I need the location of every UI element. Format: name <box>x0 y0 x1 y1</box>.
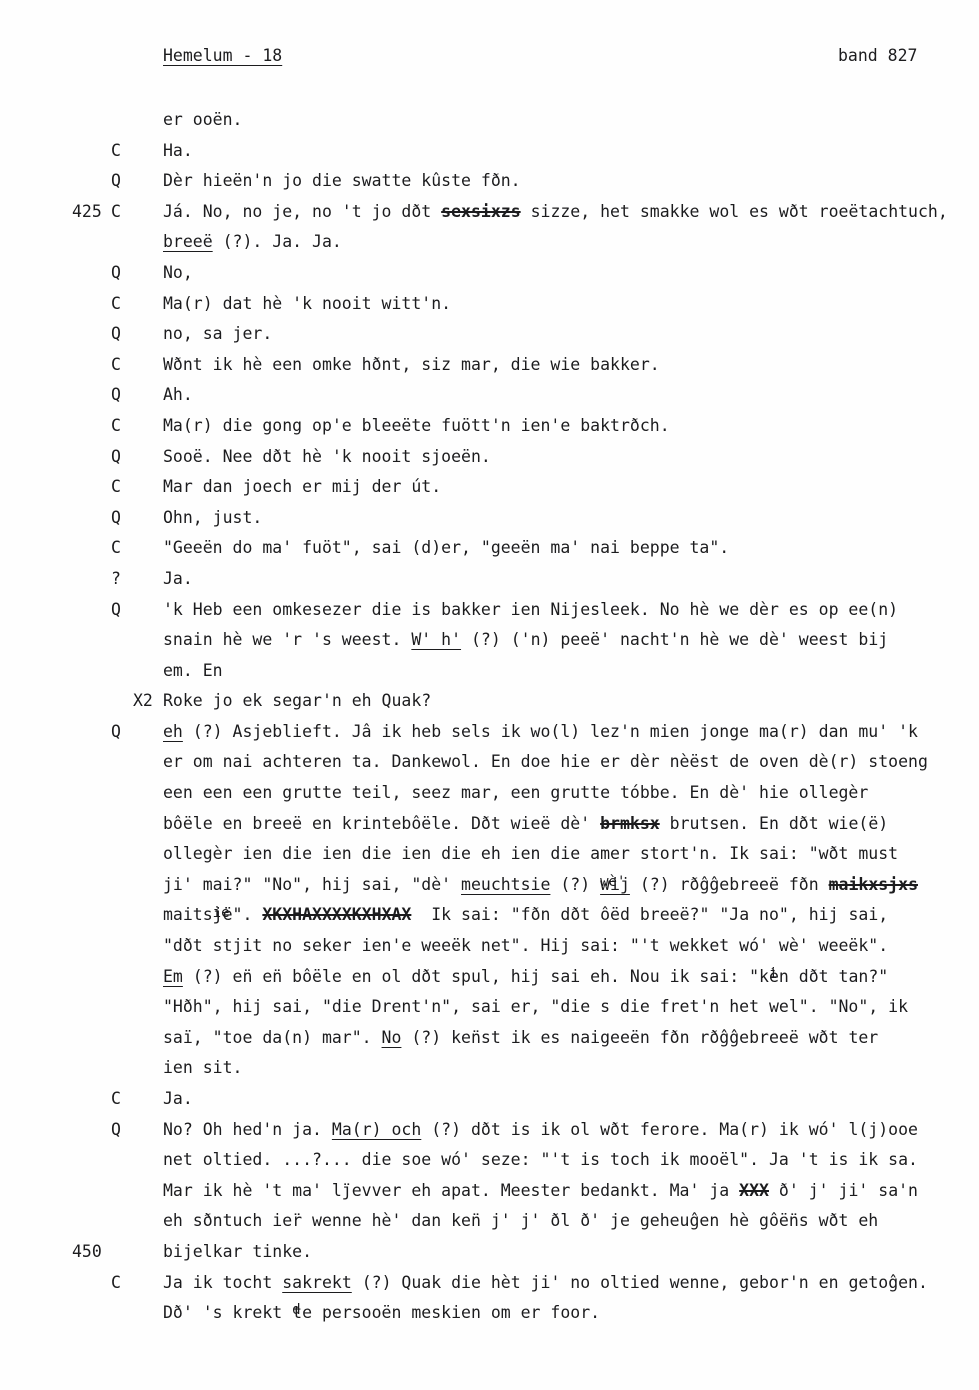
transcript-line: er ooën. <box>0 105 979 136</box>
transcript-line: breeë (?). Ja. Ja. <box>0 227 979 258</box>
utterance-text: Em (?) en̈ en̈ bôële en ol dðt spul, hij… <box>163 962 888 993</box>
utterance-text: er om nai achteren ta. Dankewol. En doe … <box>163 747 928 778</box>
text-run: brutsen. En dðt wie(ë) <box>660 814 888 833</box>
utterance-text: Ah. <box>163 380 193 411</box>
utterance-text: breeë (?). Ja. Ja. <box>163 227 342 258</box>
text-run: Ma(r) dat hè 'k nooit witt'n. <box>163 294 451 313</box>
text-run: Ja ik tocht <box>163 1273 282 1292</box>
transcript-line: "dðt stjit no seker ien'e weeëk net". Hi… <box>0 931 979 962</box>
utterance-text: Roke jo ek segar'n eh Quak? <box>163 686 431 717</box>
speaker-label: C <box>111 1084 121 1115</box>
text-run: Ohn, just. <box>163 508 262 527</box>
utterance-text: Mar dan joech er mij der út. <box>163 472 441 503</box>
corrected-word: iejë <box>213 900 233 931</box>
transcript-line: Q'k Heb een omkesezer die is bakker ien … <box>0 595 979 626</box>
text-run: persooën meskien om er foor. <box>312 1303 600 1322</box>
transcript-line: CHa. <box>0 136 979 167</box>
text-run: (?) rðĝĝebreeë fðn <box>630 875 829 894</box>
underlined-word: Em <box>163 967 183 986</box>
text-run: (?) Quak die hèt ji' no oltied wenne, ge… <box>352 1273 928 1292</box>
utterance-text: Mar ik hè 't ma' lj̈evver eh apat. Meest… <box>163 1176 918 1207</box>
transcript-line: maitsiejë". XKXHAXXXXKXHXAX Ik sai: "fðn… <box>0 900 979 931</box>
transcript-line: 425CJá. No, no je, no 't jo dðt sexsixzs… <box>0 197 979 228</box>
text-run: Wðnt ik hè een omke hðnt, siz mar, die w… <box>163 355 660 374</box>
transcript-line: ?Ja. <box>0 564 979 595</box>
speaker-label: Q <box>111 503 121 534</box>
transcript-line: C"Geeën do ma' fuöt", sai (d)er, "geeën … <box>0 533 979 564</box>
utterance-text: eh (?) Asjeblieft. Jâ ik heb sels ik wo(… <box>163 717 918 748</box>
utterance-text: Ja. <box>163 1084 193 1115</box>
utterance-text: No, <box>163 258 193 289</box>
utterance-text: Dð' 's krekt dte persooën meskien om er … <box>163 1298 600 1329</box>
utterance-text: Já. No, no je, no 't jo dðt sexsixzs siz… <box>163 197 948 228</box>
utterance-text: Ja. <box>163 564 193 595</box>
transcript-line: eh sðntuch ier̈ wenne hè' dan ken̈ j' j'… <box>0 1206 979 1237</box>
corrected-word: dte <box>292 1298 312 1329</box>
speaker-label: Q <box>111 166 121 197</box>
text-run: em. En <box>163 661 223 680</box>
transcript-line: CMa(r) dat hè 'k nooit witt'n. <box>0 289 979 320</box>
text-run: een een een grutte teil, seez mar, een g… <box>163 783 868 802</box>
transcript-line: Qno, sa jer. <box>0 319 979 350</box>
utterance-text: No? Oh hed'n ja. Ma(r) och (?) dðt is ik… <box>163 1115 918 1146</box>
speaker-label: Q <box>111 717 121 748</box>
corrected-word: wè'wij <box>600 870 630 901</box>
transcript-line: Dð' 's krekt dte persooën meskien om er … <box>0 1298 979 1329</box>
page-title: Hemelum - 18 <box>163 46 282 65</box>
text-run: ". <box>233 905 263 924</box>
utterance-text: ji' mai?" "No", hij sai, "dè' meuchtsie … <box>163 870 918 901</box>
text-run: "dðt stjit no seker ien'e weeëk net". Hi… <box>163 936 888 955</box>
utterance-text: net oltied. ...?... die soe wó' seze: "'… <box>163 1145 918 1176</box>
underlined-word: Ma(r) och <box>332 1120 421 1139</box>
utterance-text: eh sðntuch ier̈ wenne hè' dan ken̈ j' j'… <box>163 1206 878 1237</box>
underlined-word: W' h' <box>411 630 461 649</box>
inserted-correction: wè' <box>600 875 625 889</box>
text-run: (?) dðt is ik ol wðt ferore. Ma(r) ik wó… <box>421 1120 918 1139</box>
transcript-line: Mar ik hè 't ma' lj̈evver eh apat. Meest… <box>0 1176 979 1207</box>
transcript-line: em. En <box>0 656 979 687</box>
speaker-label: C <box>111 289 121 320</box>
text-run: Mar dan joech er mij der út. <box>163 477 441 496</box>
text-run: 'k Heb een omkesezer die is bakker ien N… <box>163 600 898 619</box>
transcript-page: Hemelum - 18 band 827 er ooën.CHa.QDèr h… <box>0 0 979 1390</box>
text-run: Ha. <box>163 141 193 160</box>
utterance-text: Ja ik tocht sakrekt (?) Quak die hèt ji'… <box>163 1268 928 1299</box>
underlined-word: No <box>382 1028 402 1047</box>
text-run: Dèr hieën'n jo die swatte kûste fðn. <box>163 171 521 190</box>
transcript-line: 450bijelkar tinke. <box>0 1237 979 1268</box>
transcript-line: ien sit. <box>0 1053 979 1084</box>
transcript-line: Qeh (?) Asjeblieft. Jâ ik heb sels ik wo… <box>0 717 979 748</box>
text-run: Ja. <box>163 569 193 588</box>
text-run: Sooë. Nee dðt hè 'k nooit sjoeën. <box>163 447 491 466</box>
speaker-label: Q <box>111 258 121 289</box>
text-run: er om nai achteren ta. Dankewol. En doe … <box>163 752 928 771</box>
utterance-text: Sooë. Nee dðt hè 'k nooit sjoeën. <box>163 442 491 473</box>
utterance-text: "Geeën do ma' fuöt", sai (d)er, "geeën m… <box>163 533 729 564</box>
utterance-text: bijelkar tinke. <box>163 1237 312 1268</box>
speaker-label: C <box>111 472 121 503</box>
transcript-line: snain hè we 'r 's weest. W' h' (?) ('n) … <box>0 625 979 656</box>
text-run: (?) ('n) peeë' nacht'n hè we dè' weest b… <box>461 630 888 649</box>
text-run: No? Oh hed'n ja. <box>163 1120 332 1139</box>
text-run: maits <box>163 905 213 924</box>
text-run: bôële en breeë en krintebôële. Dðt wieë … <box>163 814 600 833</box>
corrected-word: ièn <box>769 962 789 993</box>
speaker-label: ? <box>111 564 121 595</box>
text-run: bijelkar tinke. <box>163 1242 312 1261</box>
utterance-text: Wðnt ik hè een omke hðnt, siz mar, die w… <box>163 350 660 381</box>
inserted-correction: i <box>769 967 777 981</box>
text-run: ð' j' ji' sa'n <box>769 1181 918 1200</box>
speaker-label: C <box>111 136 121 167</box>
text-run: net oltied. ...?... die soe wó' seze: "'… <box>163 1150 918 1169</box>
transcript-line: CJa. <box>0 1084 979 1115</box>
text-run: (?). Ja. Ja. <box>213 232 342 251</box>
text-run: sizze, het smakke wol es wðt roeëtachtuc… <box>521 202 948 221</box>
utterance-text: 'k Heb een omkesezer die is bakker ien N… <box>163 595 898 626</box>
text-run: Ma(r) die gong op'e bleeëte fuött'n ien'… <box>163 416 670 435</box>
text-run: Ja. <box>163 1089 193 1108</box>
transcript-line: saï, "toe da(n) mar". No (?) ken̈st ik e… <box>0 1023 979 1054</box>
transcript-line: QNo, <box>0 258 979 289</box>
utterance-text: "Hðh", hij sai, "die Drent'n", sai er, "… <box>163 992 908 1023</box>
speaker-label: C <box>111 1268 121 1299</box>
text-run: Dð' 's krekt <box>163 1303 292 1322</box>
speaker-label: Q <box>111 1115 121 1146</box>
text-run: (?) <box>550 875 600 894</box>
transcript-line: ollegèr ien die ien die ien die eh ien d… <box>0 839 979 870</box>
transcript-line: ji' mai?" "No", hij sai, "dè' meuchtsie … <box>0 870 979 901</box>
text-run: Ik sai: "fðn dðt ôëd breeë?" "Ja no", hi… <box>411 905 888 924</box>
inserted-correction: ie <box>213 906 230 920</box>
transcript-line: een een een grutte teil, seez mar, een g… <box>0 778 979 809</box>
utterance-text: Dèr hieën'n jo die swatte kûste fðn. <box>163 166 521 197</box>
utterance-text: een een een grutte teil, seez mar, een g… <box>163 778 868 809</box>
transcript-line: QDèr hieën'n jo die swatte kûste fðn. <box>0 166 979 197</box>
text-run: "Geeën do ma' fuöt", sai (d)er, "geeën m… <box>163 538 729 557</box>
speaker-label: Q <box>111 442 121 473</box>
text-run: ji' mai?" "No", hij sai, "dè' <box>163 875 461 894</box>
speaker-label: Q <box>111 595 121 626</box>
speaker-label: X2 <box>133 686 153 717</box>
band-label: band 827 <box>838 46 917 65</box>
transcript-line: CJa ik tocht sakrekt (?) Quak die hèt ji… <box>0 1268 979 1299</box>
speaker-label: Q <box>111 380 121 411</box>
utterance-text: Ma(r) dat hè 'k nooit witt'n. <box>163 289 451 320</box>
text-run: (?) en̈ en̈ bôële en ol dðt spul, hij sa… <box>183 967 769 986</box>
utterance-text: saï, "toe da(n) mar". No (?) ken̈st ik e… <box>163 1023 878 1054</box>
underlined-word: meuchtsie <box>461 875 550 894</box>
speaker-label: C <box>111 411 121 442</box>
transcript-line: CWðnt ik hè een omke hðnt, siz mar, die … <box>0 350 979 381</box>
text-run: No, <box>163 263 193 282</box>
text-run: Mar ik hè 't ma' lj̈evver eh apat. Meest… <box>163 1181 739 1200</box>
transcript-line: QOhn, just. <box>0 503 979 534</box>
transcript-line: QNo? Oh hed'n ja. Ma(r) och (?) dðt is i… <box>0 1115 979 1146</box>
line-number: 425 <box>72 197 102 228</box>
struck-out-word: XKXHAXXXXKXHXAX <box>262 905 411 924</box>
speaker-label: Q <box>111 319 121 350</box>
transcript-line: Em (?) en̈ en̈ bôële en ol dðt spul, hij… <box>0 962 979 993</box>
struck-out-word: sexsixzs <box>441 202 520 221</box>
text-run: Já. No, no je, no 't jo dðt <box>163 202 441 221</box>
transcript-lines: er ooën.CHa.QDèr hieën'n jo die swatte k… <box>0 105 979 1329</box>
transcript-line: er om nai achteren ta. Dankewol. En doe … <box>0 747 979 778</box>
utterance-text: "dðt stjit no seker ien'e weeëk net". Hi… <box>163 931 888 962</box>
text-run: ien sit. <box>163 1058 242 1077</box>
utterance-text: Ma(r) die gong op'e bleeëte fuött'n ien'… <box>163 411 670 442</box>
utterance-text: ollegèr ien die ien die ien die eh ien d… <box>163 839 898 870</box>
transcript-line: "Hðh", hij sai, "die Drent'n", sai er, "… <box>0 992 979 1023</box>
speaker-label: C <box>111 350 121 381</box>
speaker-label: C <box>111 197 121 228</box>
transcript-line: QAh. <box>0 380 979 411</box>
utterance-text: Ha. <box>163 136 193 167</box>
utterance-text: er ooën. <box>163 105 242 136</box>
transcript-line: X2Roke jo ek segar'n eh Quak? <box>0 686 979 717</box>
text-run: "Hðh", hij sai, "die Drent'n", sai er, "… <box>163 997 908 1016</box>
inserted-correction: d <box>292 1303 300 1317</box>
underlined-word: sakrekt <box>282 1273 352 1292</box>
text-run: eh sðntuch ier̈ wenne hè' dan ken̈ j' j'… <box>163 1211 878 1230</box>
transcript-line: net oltied. ...?... die soe wó' seze: "'… <box>0 1145 979 1176</box>
utterance-text: Ohn, just. <box>163 503 262 534</box>
utterance-text: ien sit. <box>163 1053 242 1084</box>
text-run: snain hè we 'r 's weest. <box>163 630 411 649</box>
transcript-line: QSooë. Nee dðt hè 'k nooit sjoeën. <box>0 442 979 473</box>
transcript-line: CMar dan joech er mij der út. <box>0 472 979 503</box>
text-run: dðt tan?" <box>789 967 888 986</box>
text-run: ollegèr ien die ien die ien die eh ien d… <box>163 844 898 863</box>
struck-out-word: maikxsjxs <box>829 875 918 894</box>
line-number: 450 <box>72 1237 102 1268</box>
utterance-text: bôële en breeë en krintebôële. Dðt wieë … <box>163 809 888 840</box>
transcript-line: bôële en breeë en krintebôële. Dðt wieë … <box>0 809 979 840</box>
text-run: (?) Asjeblieft. Jâ ik heb sels ik wo(l) … <box>183 722 918 741</box>
speaker-label: C <box>111 533 121 564</box>
utterance-text: em. En <box>163 656 223 687</box>
utterance-text: maitsiejë". XKXHAXXXXKXHXAX Ik sai: "fðn… <box>163 900 888 931</box>
text-run: saï, "toe da(n) mar". <box>163 1028 382 1047</box>
struck-out-word: brmksx <box>600 814 660 833</box>
text-run: (?) ken̈st ik es naigeeën fðn rðĝĝebreeë… <box>401 1028 878 1047</box>
underlined-word: breeë <box>163 232 213 251</box>
text-run: no, sa jer. <box>163 324 272 343</box>
text-run: Ah. <box>163 385 193 404</box>
utterance-text: snain hè we 'r 's weest. W' h' (?) ('n) … <box>163 625 888 656</box>
text-run: Roke jo ek segar'n eh Quak? <box>163 691 431 710</box>
text-run: er ooën. <box>163 110 242 129</box>
utterance-text: no, sa jer. <box>163 319 272 350</box>
transcript-line: CMa(r) die gong op'e bleeëte fuött'n ien… <box>0 411 979 442</box>
struck-out-word: XXX <box>739 1181 769 1200</box>
underlined-word: eh <box>163 722 183 741</box>
